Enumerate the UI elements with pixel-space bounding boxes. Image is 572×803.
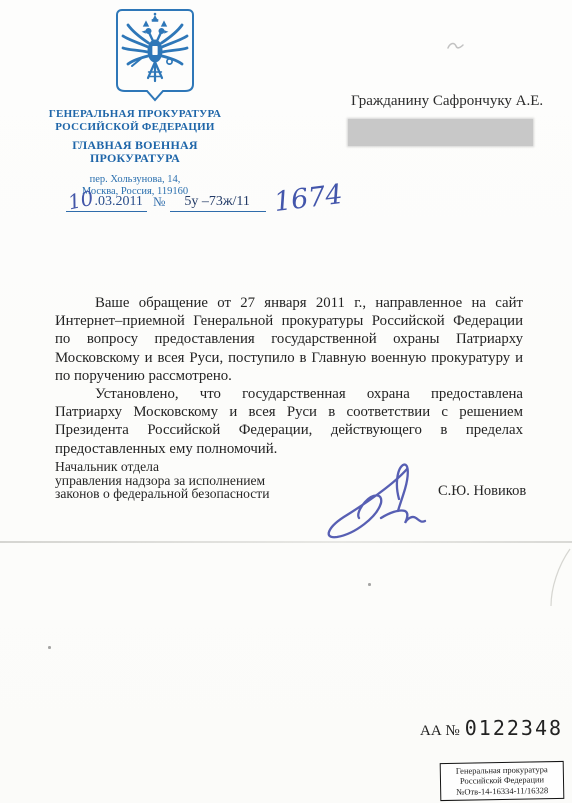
scan-artifact-arc: [548, 548, 572, 608]
printed-date: .03.2011: [94, 194, 142, 210]
official-title-line2: управления надзора за исполнением: [55, 474, 270, 488]
serial-number: 0122348: [465, 716, 563, 740]
scan-speck: [368, 583, 371, 586]
stamp-line3: №Отв-14-16334-11/16328: [442, 785, 562, 797]
number-sign: №: [153, 194, 165, 210]
official-title-line1: Начальник отдела: [55, 460, 270, 474]
form-serial: АА № 0122348: [420, 716, 563, 740]
redacted-address-block: [348, 119, 533, 146]
signer-name: С.Ю. Новиков: [438, 483, 526, 500]
handwritten-date-day: 10: [66, 188, 95, 213]
handwritten-signature: [315, 447, 440, 542]
coat-of-arms-icon: [115, 8, 195, 104]
official-title-line3: законов о федеральной безопасности: [55, 487, 270, 501]
scan-artifact-squiggle: [447, 40, 465, 52]
scan-speck: [48, 646, 51, 649]
org-name-line3: ГЛАВНАЯ ВОЕННАЯ ПРОКУРАТУРА: [28, 139, 242, 165]
registration-stamp: Генеральная прокуратура Российской Федер…: [440, 761, 565, 801]
typed-reference-number: 5у –73ж/11: [172, 194, 262, 210]
body-paragraph-1: Ваше обращение от 27 января 2011 г., нап…: [55, 294, 523, 385]
letter-body: Ваше обращение от 27 января 2011 г., нап…: [55, 294, 523, 458]
addressee-name: Гражданину Сафрончуку А.Е.: [351, 93, 543, 110]
serial-prefix: АА №: [420, 723, 460, 740]
letterhead: ГЕНЕРАЛЬНАЯ ПРОКУРАТУРА РОССИЙСКОЙ ФЕДЕР…: [28, 108, 242, 198]
org-name-line1: ГЕНЕРАЛЬНАЯ ПРОКУРАТУРА: [28, 108, 242, 121]
handwritten-outgoing-number: 1674: [273, 182, 344, 216]
postal-address-line1: пер. Хользунова, 14,: [28, 174, 242, 186]
body-paragraph-2: Установлено, что государственная охрана …: [55, 385, 523, 458]
scanned-letter-page: ГЕНЕРАЛЬНАЯ ПРОКУРАТУРА РОССИЙСКОЙ ФЕДЕР…: [0, 0, 572, 803]
official-title: Начальник отдела управления надзора за и…: [55, 460, 270, 501]
reference-line: 10 .03.2011 № 5у –73ж/11 1674: [66, 186, 343, 212]
org-name-line2: РОССИЙСКОЙ ФЕДЕРАЦИИ: [28, 121, 242, 134]
scan-fold-line: [0, 541, 572, 543]
